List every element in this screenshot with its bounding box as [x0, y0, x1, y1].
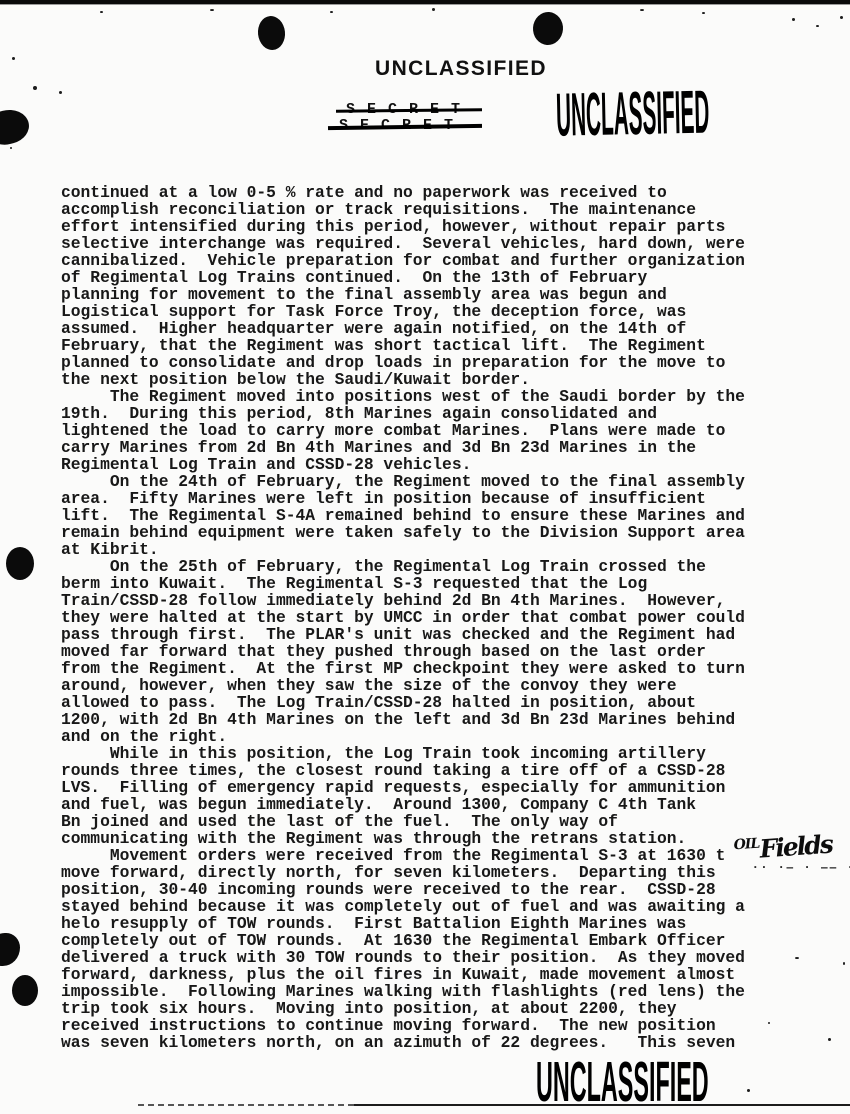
scan-line-artifact — [138, 1104, 354, 1106]
unclassified-stamp-top: UNCLASSIFIED — [555, 75, 850, 145]
annotation-superscript: OIL — [733, 836, 760, 854]
hole-punch-mark — [532, 11, 564, 46]
scan-speck — [210, 9, 214, 11]
scan-speck — [828, 1038, 831, 1041]
scan-line-artifact — [354, 1104, 850, 1106]
hole-punch-mark — [6, 547, 34, 580]
scan-speck — [33, 86, 37, 90]
scan-speck — [59, 91, 62, 94]
handwritten-annotation: OILFields — [733, 830, 833, 866]
document-page: UNCLASSIFIED SECRET SECRET UNCLASSIFIED … — [0, 0, 850, 1114]
hole-punch-mark — [256, 15, 286, 52]
scan-speck — [330, 11, 333, 13]
scan-speck — [100, 11, 103, 13]
hole-punch-mark — [12, 975, 38, 1006]
scan-speck — [840, 16, 843, 19]
scan-speck — [795, 957, 799, 959]
scan-speck — [768, 1022, 770, 1024]
document-body: continued at a low 0-5 % rate and no pap… — [61, 184, 745, 1051]
scan-edge-artifact — [0, 4, 850, 5]
scan-speck — [816, 25, 819, 27]
page-title: UNCLASSIFIED — [375, 57, 547, 81]
annotation-word: Fields — [759, 830, 833, 864]
hole-punch-mark — [0, 105, 33, 149]
scan-speck — [792, 18, 795, 21]
scan-speck — [702, 12, 705, 14]
scan-speck — [12, 57, 15, 60]
scan-speck — [10, 147, 12, 149]
scan-speck — [432, 8, 435, 11]
erasure-marks: ·· ·– · –– · — [752, 861, 850, 874]
hole-punch-mark — [0, 933, 20, 966]
scan-speck — [640, 9, 644, 11]
scan-speck — [843, 962, 845, 965]
unclassified-stamp-bottom: UNCLASSIFIED — [536, 1054, 850, 1111]
